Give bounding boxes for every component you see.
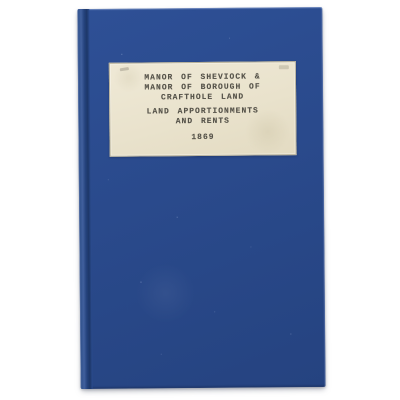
photograph: MANOR OF SHEVIOCK & MANOR OF BOROUGH OF … (0, 0, 400, 400)
book-cover: MANOR OF SHEVIOCK & MANOR OF BOROUGH OF … (77, 7, 325, 389)
label-subject-line-2: AND RENTS (176, 117, 230, 127)
label-year: 1869 (191, 133, 214, 143)
label-subject-line-1: LAND APPORTIONMENTS (147, 106, 259, 117)
book-spine (77, 9, 92, 389)
label-title-line-3: CRAFTHOLE LAND (161, 93, 244, 104)
title-label: MANOR OF SHEVIOCK & MANOR OF BOROUGH OF … (109, 61, 297, 157)
